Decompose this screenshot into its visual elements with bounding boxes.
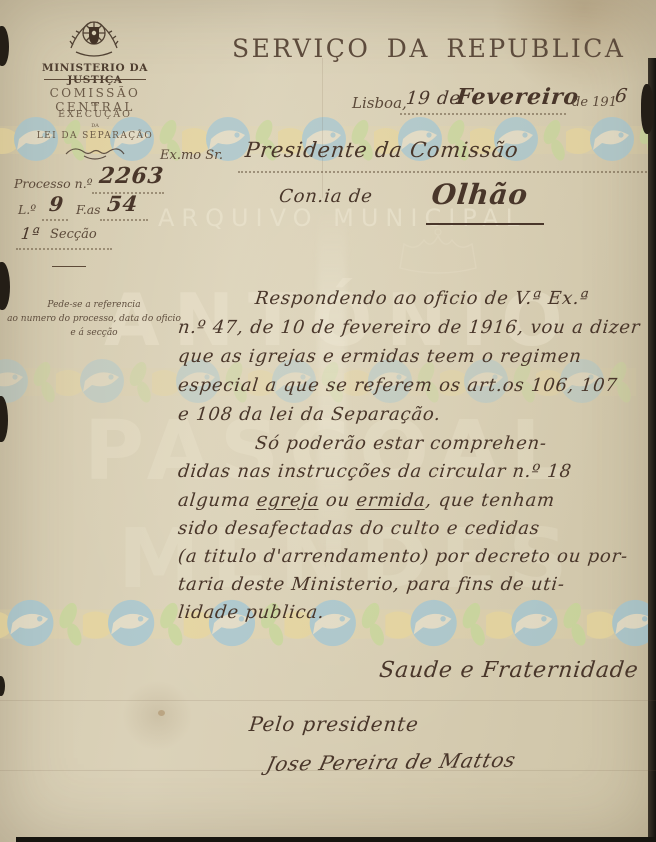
commission-title-line3: LEI DA SEPARAÇÃO <box>12 131 178 141</box>
ministry-title: MINISTERIO DA JUSTIÇA <box>26 62 164 86</box>
body-line: alguma egreja ou ermida, que tenham <box>177 490 556 511</box>
folhas-value-handwritten: 54 <box>106 191 139 216</box>
body-line: Respondendo ao oficio de V.ª Ex.ª <box>254 288 590 309</box>
body-line: lidade publica. <box>177 602 326 623</box>
commission-title-line2: EXECUÇÃO <box>12 109 178 120</box>
dateline-year-digit-handwritten: 6 <box>614 85 629 107</box>
body-line: didas nas instrucções da circular n.º 18 <box>177 461 573 482</box>
body-line: n.º 47, de 10 de fevereiro de 1916, vou … <box>177 317 641 338</box>
processo-value-handwritten: 2263 <box>98 163 165 189</box>
signature: Jose Pereira de Mattos <box>264 748 519 776</box>
paper-crease-vertical <box>322 58 323 198</box>
folhas-dotted-rule <box>100 219 148 221</box>
addressee-place-underline <box>426 223 544 225</box>
letterhead-divider <box>44 79 146 80</box>
body-line: e 108 da lei da Separação. <box>177 404 442 425</box>
body-text-part: ou <box>318 490 357 511</box>
livro-label-printed: L.º <box>18 202 36 217</box>
reference-note-line1: Pede-se a referencia <box>5 300 183 310</box>
dateline-day-handwritten: 19 de <box>405 88 462 109</box>
scan-blotch-left-4 <box>0 676 5 696</box>
dateline-dotted-rule <box>400 113 566 115</box>
dateline-month-handwritten: Fevereiro <box>455 84 580 110</box>
addressee-salutation-printed: Ex.mo Sr. <box>160 148 223 163</box>
dateline-year-printed: de 191 <box>572 95 617 110</box>
paper-crease-1 <box>0 700 656 701</box>
body-line: (a titulo d'arrendamento) por decreto ou… <box>177 546 629 567</box>
body-line: especial a que se referem os art.os 106,… <box>177 375 619 396</box>
underlined-word-ermida: ermida <box>355 490 426 511</box>
body-line: Só poderão estar comprehen- <box>254 433 548 454</box>
body-text-part: , que tenham <box>425 490 557 511</box>
processo-label-printed: Processo n.º <box>14 176 93 191</box>
addressee-line1-dotted-rule <box>238 171 650 173</box>
watermark-crown-sketch <box>390 222 486 284</box>
scan-edge-blob-right <box>641 84 654 134</box>
reference-note-line2: ao numero do processo, data do oficio <box>0 314 188 324</box>
watermark-motif-band-bottom <box>0 592 656 654</box>
paper-stain-dot <box>158 710 165 716</box>
flourish-ornament-icon <box>62 144 128 162</box>
body-line: sido desafectadas do culto e cedidas <box>177 518 541 539</box>
paper-crease-2 <box>0 770 656 771</box>
reference-separator-rule <box>52 266 86 267</box>
livro-value-handwritten: 9 <box>48 192 65 216</box>
reference-note-line3: e á secção <box>5 328 183 338</box>
scan-edge-right <box>648 58 656 842</box>
seccao-dotted-rule <box>16 248 112 250</box>
seccao-label-printed: Secção <box>50 227 97 242</box>
scan-blotch-left-3 <box>0 396 8 442</box>
dateline-city-printed: Lisboa, <box>352 94 407 112</box>
coat-of-arms-icon <box>64 12 124 62</box>
body-text-part: alguma <box>177 490 258 511</box>
addressee-line2-prefix-handwritten: Con.ia de <box>278 186 374 207</box>
folhas-label-printed: F.as <box>76 202 101 217</box>
livro-dotted-rule <box>42 219 68 221</box>
addressee-place-handwritten: Olhão <box>430 178 530 211</box>
body-line: que as igrejas e ermidas teem o regimen <box>177 346 583 367</box>
service-title: SERVIÇO DA REPUBLICA <box>232 34 625 63</box>
addressee-line1-handwritten: Presidente da Comissão <box>244 138 520 162</box>
scan-blotch-left-1 <box>0 26 9 66</box>
commission-da: DA <box>12 123 178 129</box>
commission-de: DE <box>12 102 178 108</box>
seccao-value-handwritten: 1ª <box>20 224 41 243</box>
scan-edge-bottom <box>16 837 656 842</box>
scanned-letter-page: ARQUIVO MUNICIPAL ANTÓNIO PASCOAL MENDES… <box>0 0 656 842</box>
signed-by-line-handwritten: Pelo presidente <box>248 712 420 736</box>
underlined-word-egreja: egreja <box>256 490 321 511</box>
body-line: taria deste Ministerio, para fins de uti… <box>177 574 566 595</box>
valediction-handwritten: Saude e Fraternidade <box>378 658 640 683</box>
